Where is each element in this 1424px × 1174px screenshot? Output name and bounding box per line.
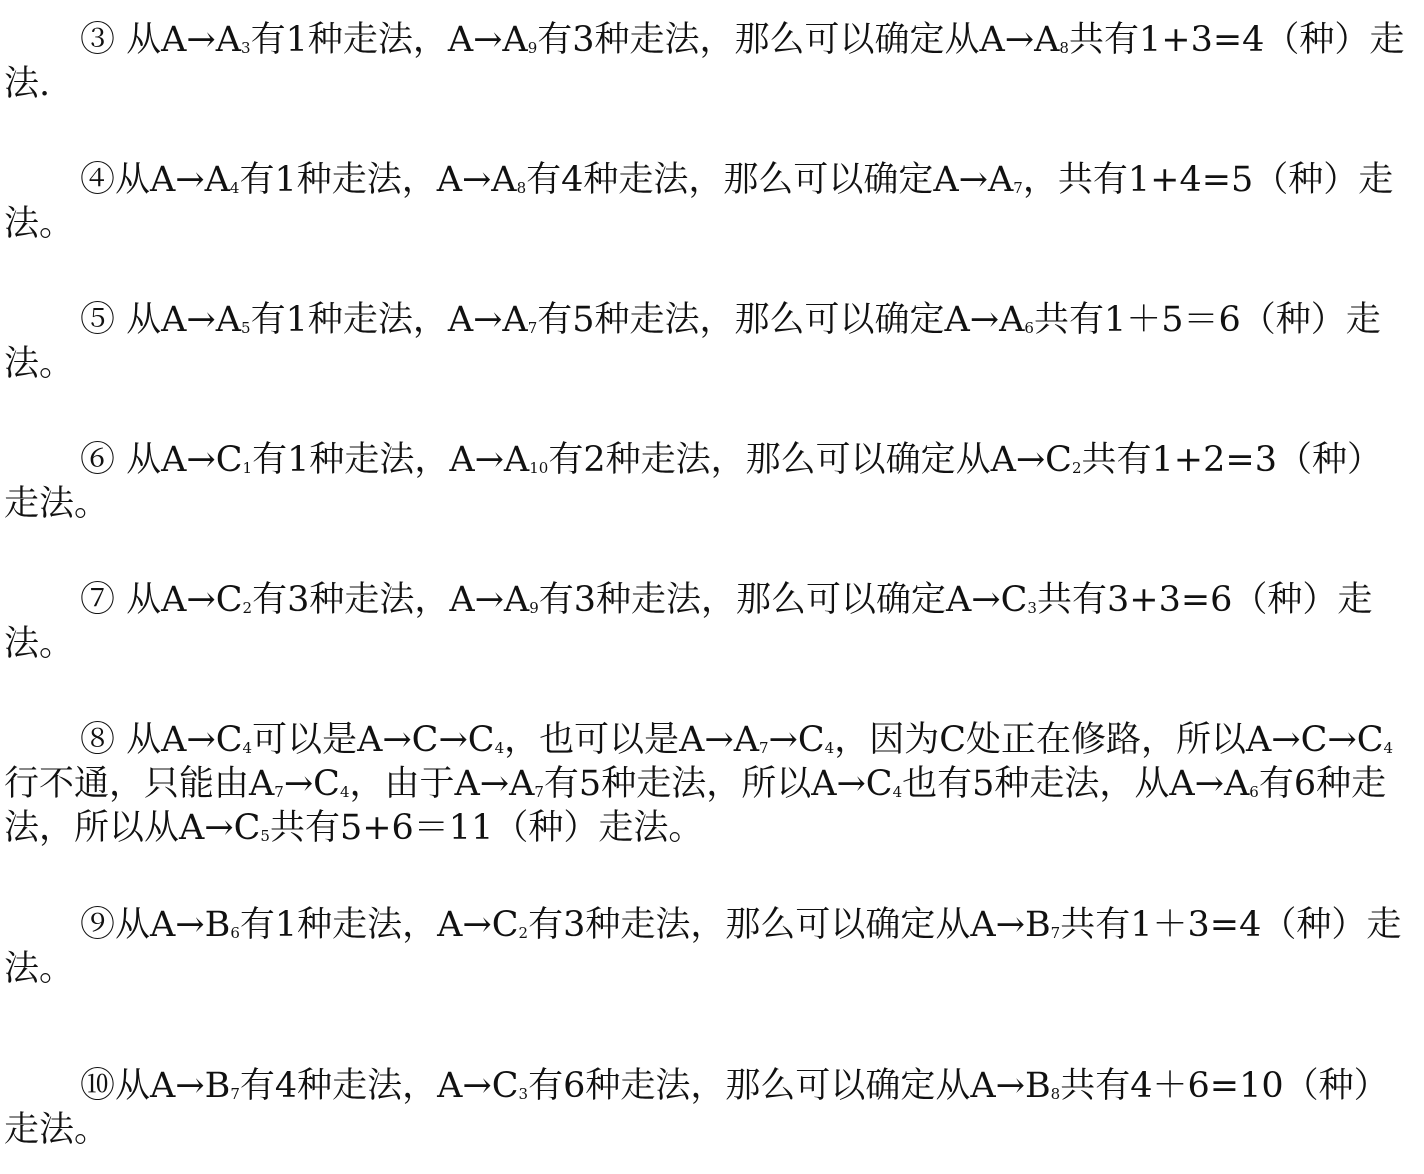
- text-run: 有5种走法，那么可以确定A→A: [537, 300, 1024, 340]
- text-run: ⑧ 从A→C: [80, 720, 243, 760]
- paragraph-step-8: ⑧ 从A→C4可以是A→C→C4，也可以是A→A7→C4，因为C处正在修路，所以…: [4, 718, 1414, 850]
- subscript-index: 5: [260, 827, 270, 845]
- subscript-index: 7: [1051, 924, 1061, 942]
- paragraph-step-9: ⑨从A→B6有1种走法，A→C2有3种走法，那么可以确定从A→B7共有1＋3=4…: [4, 903, 1414, 991]
- text-run: 有3种走法，那么可以确定A→C: [539, 580, 1028, 620]
- text-run: 有4种走法，那么可以确定A→A: [526, 160, 1013, 200]
- text-run: 有5种走法，所以A→C: [544, 764, 893, 804]
- paragraph-step-3: ③ 从A→A3有1种走法，A→A9有3种走法，那么可以确定从A→A8共有1+3=…: [4, 18, 1414, 106]
- paragraph-step-6: ⑥ 从A→C1有1种走法，A→A10有2种走法，那么可以确定从A→C2共有1+2…: [4, 438, 1414, 526]
- text-run: →C: [284, 764, 340, 804]
- text-run: 有2种走法，那么可以确定从A→C: [548, 440, 1072, 480]
- subscript-index: 2: [1072, 459, 1082, 477]
- subscript-index: 7: [274, 783, 284, 801]
- subscript-index: 3: [1027, 599, 1037, 617]
- subscript-index: 7: [1013, 179, 1023, 197]
- text-run: ⑤ 从A→A: [80, 300, 241, 340]
- text-run: ⑨从A→B: [80, 905, 230, 945]
- text-run: ，也可以是A→A: [504, 720, 759, 760]
- text-run: 有1种走法，A→A: [239, 160, 516, 200]
- subscript-index: 7: [534, 783, 544, 801]
- subscript-index: 7: [528, 319, 538, 337]
- subscript-index: 8: [1051, 1085, 1061, 1103]
- text-run: ⑥ 从A→C: [80, 440, 243, 480]
- subscript-index: 2: [243, 599, 253, 617]
- text-run: 也有5种走法，从A→A: [902, 764, 1249, 804]
- subscript-index: 3: [519, 1085, 529, 1103]
- subscript-index: 1: [243, 459, 253, 477]
- subscript-index: 8: [517, 179, 527, 197]
- text-run: 有1种走法，A→A: [251, 300, 528, 340]
- paragraph-step-7: ⑦ 从A→C2有3种走法，A→A9有3种走法，那么可以确定A→C3共有3+3=6…: [4, 578, 1414, 666]
- text-run: 共有5+6＝11（种）走法。: [270, 808, 703, 848]
- subscript-index: 5: [241, 319, 251, 337]
- paragraph-step-4: ④从A→A4有1种走法，A→A8有4种走法，那么可以确定A→A7，共有1+4=5…: [4, 158, 1414, 246]
- text-run: 有3种走法，那么可以确定从A→A: [537, 20, 1059, 60]
- subscript-index: 4: [495, 739, 505, 757]
- text-run: 行不通，只能由A: [4, 764, 274, 804]
- text-run: 有4种走法，A→C: [240, 1066, 519, 1106]
- text-run: 有1种走法，A→C: [240, 905, 519, 945]
- text-run: 有3种走法，A→A: [252, 580, 529, 620]
- subscript-index: 10: [529, 459, 548, 477]
- subscript-index: 4: [230, 179, 240, 197]
- text-run: 有1种走法，A→A: [252, 440, 529, 480]
- text-run: ③ 从A→A: [80, 20, 241, 60]
- subscript-index: 2: [519, 924, 529, 942]
- text-run: 有3种走法，那么可以确定从A→B: [528, 905, 1051, 945]
- subscript-index: 4: [1383, 739, 1393, 757]
- subscript-index: 9: [529, 599, 539, 617]
- text-run: ④从A→A: [80, 160, 230, 200]
- subscript-index: 4: [825, 739, 835, 757]
- text-run: ，因为C处正在修路，所以A→C→C: [834, 720, 1383, 760]
- text-run: 有6种走法，那么可以确定从A→B: [528, 1066, 1051, 1106]
- text-run: ⑦ 从A→C: [80, 580, 243, 620]
- subscript-index: 6: [230, 924, 240, 942]
- text-run: ⑩从A→B: [80, 1066, 230, 1106]
- text-run: 可以是A→C→C: [252, 720, 495, 760]
- text-run: →C: [769, 720, 825, 760]
- text-run: 有1种走法，A→A: [251, 20, 528, 60]
- paragraph-step-5: ⑤ 从A→A5有1种走法，A→A7有5种走法，那么可以确定A→A6共有1＋5＝6…: [4, 298, 1414, 386]
- subscript-index: 7: [759, 739, 769, 757]
- paragraph-step-10: ⑩从A→B7有4种走法，A→C3有6种走法，那么可以确定从A→B8共有4＋6=1…: [4, 1064, 1414, 1152]
- subscript-index: 4: [893, 783, 903, 801]
- subscript-index: 7: [230, 1085, 240, 1103]
- subscript-index: 6: [1024, 319, 1034, 337]
- subscript-index: 8: [1059, 39, 1069, 57]
- text-run: ，由于A→A: [349, 764, 534, 804]
- subscript-index: 4: [243, 739, 253, 757]
- subscript-index: 9: [528, 39, 538, 57]
- subscript-index: 6: [1249, 783, 1259, 801]
- subscript-index: 3: [241, 39, 251, 57]
